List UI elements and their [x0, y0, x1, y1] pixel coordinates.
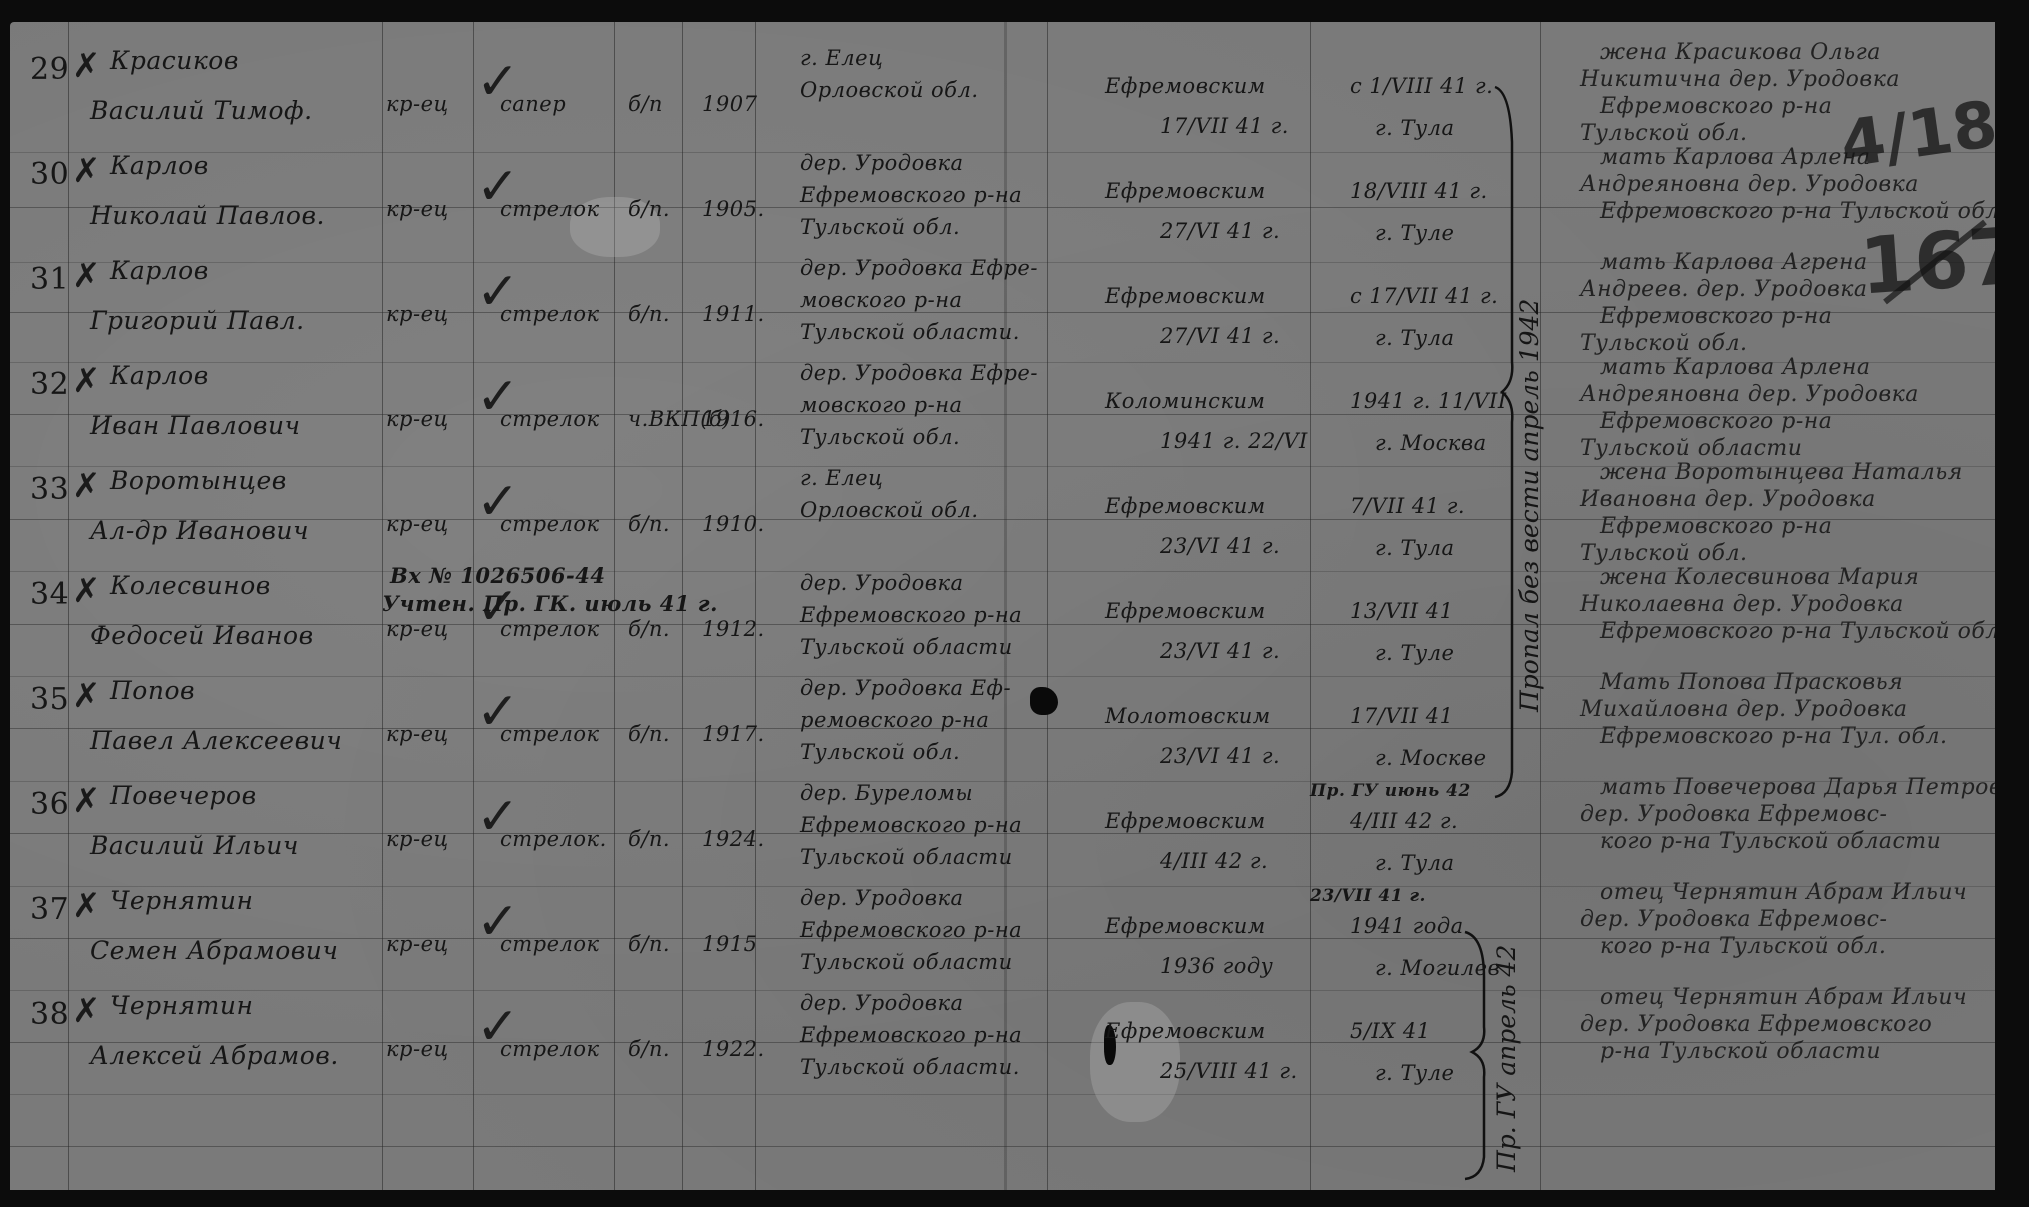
next-of-kin-line: Тульской обл.: [1580, 121, 1747, 146]
rank: кр-ец: [386, 722, 449, 746]
loss-place: г. Тула: [1375, 536, 1455, 560]
post: стрелок: [500, 197, 600, 221]
draft-date: 25/VIII 41 г.: [1160, 1059, 1298, 1083]
birth-year: 1912.: [702, 617, 765, 641]
post: стрелок: [500, 722, 600, 746]
party-status: б/п.: [628, 512, 670, 536]
draft-office: Ефремовским: [1105, 809, 1266, 833]
given-name: Павел Алексеевич: [90, 726, 342, 755]
cross-mark-icon: ✗: [72, 991, 101, 1031]
next-of-kin-line: Никитична дер. Уродовка: [1580, 67, 1900, 92]
next-of-kin-line: мать Карлова Арлена: [1600, 145, 1870, 170]
birth-year: 1910.: [702, 512, 765, 536]
surname: Чернятин: [110, 886, 253, 915]
rank: кр-ец: [386, 407, 449, 431]
loss-note: 23/VII 41 г.: [1310, 886, 1426, 906]
next-of-kin-line: мать Повечерова Дарья Петровна: [1600, 775, 1995, 800]
loss-date: 5/IX 41: [1350, 1019, 1431, 1043]
birth-year: 1905.: [702, 197, 765, 221]
next-of-kin-line: жена Колесвинова Мария: [1600, 565, 1919, 590]
margin-note-upper: Пропал без вести апрель 1942: [1515, 299, 1544, 712]
rank: кр-ец: [386, 827, 449, 851]
birthplace-line: г. Елец: [800, 46, 883, 70]
loss-place: г. Туле: [1375, 221, 1454, 245]
next-of-kin-line: Ефремовского р-на Тул. обл.: [1600, 724, 1947, 749]
birth-year: 1907: [702, 92, 757, 116]
birthplace-line: Ефремовского р-на: [800, 1023, 1022, 1047]
next-of-kin-line: дер. Уродовка Ефремовс-: [1580, 907, 1887, 932]
post: стрелок: [500, 512, 600, 536]
party-status: б/п.: [628, 302, 670, 326]
loss-place: г. Тула: [1375, 851, 1455, 875]
next-of-kin-line: кого р-на Тульской области: [1600, 829, 1941, 854]
row-number: 30: [30, 157, 69, 192]
surname: Повечеров: [110, 781, 257, 810]
party-status: б/п.: [628, 827, 670, 851]
given-name: Григорий Павл.: [90, 306, 305, 335]
birthplace-line: Ефремовского р-на: [800, 183, 1022, 207]
next-of-kin-line: отец Чернятин Абрам Ильич: [1600, 985, 1967, 1010]
birthplace-line: дер. Уродовка Еф-: [800, 676, 1011, 700]
next-of-kin-line: Ефремовского р-на: [1600, 409, 1832, 434]
next-of-kin-line: Тульской области: [1580, 436, 1802, 461]
next-of-kin-line: Николаевна дер. Уродовка: [1580, 592, 1904, 617]
birthplace-line: дер. Буреломы: [800, 781, 973, 805]
row-number: 37: [30, 892, 69, 927]
draft-office: Молотовским: [1105, 704, 1271, 728]
birthplace-line: дер. Уродовка Ефре-: [800, 361, 1038, 385]
surname: Карлов: [110, 361, 209, 390]
birthplace-line: Ефремовского р-на: [800, 813, 1022, 837]
party-status: б/п.: [628, 617, 670, 641]
party-status: б/п.: [628, 197, 670, 221]
post: стрелок.: [500, 827, 607, 851]
draft-date: 23/VI 41 г.: [1160, 639, 1280, 663]
row-number: 35: [30, 682, 69, 717]
draft-date: 1941 г. 22/VI: [1160, 429, 1308, 453]
party-status: б/п.: [628, 1037, 670, 1061]
draft-office: Ефремовским: [1105, 74, 1266, 98]
birthplace-line: дер. Уродовка: [800, 886, 964, 910]
birthplace-line: г. Елец: [800, 466, 883, 490]
post: стрелок: [500, 617, 600, 641]
draft-office: Ефремовским: [1105, 179, 1266, 203]
next-of-kin-line: Ивановна дер. Уродовка: [1580, 487, 1876, 512]
surname: Карлов: [110, 256, 209, 285]
draft-date: 23/VI 41 г.: [1160, 534, 1280, 558]
cross-mark-icon: ✗: [72, 361, 101, 401]
loss-date: 1941 г. 11/VII: [1350, 389, 1507, 413]
row-number: 32: [30, 367, 69, 402]
next-of-kin-line: кого р-на Тульской обл.: [1600, 934, 1886, 959]
birth-year: 1911.: [702, 302, 765, 326]
row-number: 38: [30, 997, 69, 1032]
loss-date: 13/VII 41: [1350, 599, 1453, 623]
rank: кр-ец: [386, 617, 449, 641]
loss-place: г. Туле: [1375, 641, 1454, 665]
post: сапер: [500, 92, 566, 116]
next-of-kin-line: мать Карлова Агрена: [1600, 250, 1868, 275]
rank: кр-ец: [386, 92, 449, 116]
birthplace-line: Ефремовского р-на: [800, 603, 1022, 627]
birth-year: 1917.: [702, 722, 765, 746]
margin-note-lower: Пр. ГУ апрель 42: [1492, 945, 1521, 1172]
post: стрелок: [500, 932, 600, 956]
birthplace-line: Тульской обл.: [800, 740, 960, 764]
birthplace-line: Тульской обл.: [800, 425, 960, 449]
draft-office: Ефремовским: [1105, 914, 1266, 938]
birthplace-line: ремовского р-на: [800, 708, 989, 732]
given-name: Ал-др Иванович: [90, 516, 309, 545]
birthplace-line: мовского р-на: [800, 393, 963, 417]
surname: Красиков: [110, 46, 239, 75]
birthplace-line: дер. Уродовка: [800, 571, 964, 595]
birth-year: 1924.: [702, 827, 765, 851]
draft-date: 1936 году: [1160, 954, 1273, 978]
grid-line: [10, 1094, 1995, 1095]
next-of-kin-line: Андреев. дер. Уродовка: [1580, 277, 1868, 302]
given-name: Василий Тимоф.: [90, 96, 313, 125]
rank: кр-ец: [386, 302, 449, 326]
next-of-kin-line: р-на Тульской области: [1600, 1039, 1881, 1064]
draft-office: Коломинским: [1105, 389, 1265, 413]
loss-date: 4/III 42 г.: [1350, 809, 1458, 833]
loss-date: с 17/VII 41 г.: [1350, 284, 1498, 308]
given-name: Николай Павлов.: [90, 201, 325, 230]
grid-line: [1047, 22, 1048, 1190]
given-name: Иван Павлович: [90, 411, 301, 440]
grid-line: [10, 1146, 1995, 1147]
draft-date: 27/VI 41 г.: [1160, 219, 1280, 243]
cross-mark-icon: ✗: [72, 151, 101, 191]
rank: кр-ец: [386, 932, 449, 956]
row-number: 29: [30, 52, 69, 87]
next-of-kin-line: Тульской обл.: [1580, 541, 1747, 566]
paper-hole: [1030, 687, 1058, 715]
next-of-kin-line: отец Чернятин Абрам Ильич: [1600, 880, 1967, 905]
birthplace-line: Тульской области.: [800, 1055, 1020, 1079]
loss-date: 1941 года: [1350, 914, 1464, 938]
next-of-kin-line: Ефремовского р-на Тульской обл.: [1600, 619, 1995, 644]
birth-year: 1922.: [702, 1037, 765, 1061]
draft-office: Ефремовским: [1105, 284, 1266, 308]
given-name: Василий Ильич: [90, 831, 299, 860]
next-of-kin-line: дер. Уродовка Ефремовского: [1580, 1012, 1932, 1037]
annotation-accounted: Учтен. Пр. ГК. июль 41 г.: [382, 591, 718, 616]
birthplace-line: Орловской обл.: [800, 498, 979, 522]
given-name: Федосей Иванов: [90, 621, 314, 650]
row-number: 31: [30, 262, 69, 297]
birthplace-line: Тульской области.: [800, 320, 1020, 344]
party-status: б/п: [628, 92, 663, 116]
surname: Карлов: [110, 151, 209, 180]
cross-mark-icon: ✗: [72, 571, 101, 611]
post: стрелок: [500, 1037, 600, 1061]
stamp-strike: [1880, 217, 1990, 307]
annotation-incoming: Вх № 1026506-44: [390, 563, 605, 588]
cross-mark-icon: ✗: [72, 46, 101, 86]
loss-place: г. Тула: [1375, 116, 1455, 140]
draft-date: 17/VII 41 г.: [1160, 114, 1289, 138]
cross-mark-icon: ✗: [72, 676, 101, 716]
surname: Колесвинов: [110, 571, 271, 600]
birthplace-line: мовского р-на: [800, 288, 963, 312]
cross-mark-icon: ✗: [72, 256, 101, 296]
post: стрелок: [500, 407, 600, 431]
draft-date: 23/VI 41 г.: [1160, 744, 1280, 768]
next-of-kin-line: Михайловна дер. Уродовка: [1580, 697, 1908, 722]
loss-date: 18/VIII 41 г.: [1350, 179, 1488, 203]
loss-note: Пр. ГУ июнь 42: [1310, 781, 1471, 801]
grid-line: [1310, 22, 1311, 1190]
birth-year: 1915: [702, 932, 757, 956]
surname: Воротынцев: [110, 466, 287, 495]
birthplace-line: Тульской области: [800, 845, 1013, 869]
draft-office: Ефремовским: [1105, 599, 1266, 623]
cross-mark-icon: ✗: [72, 886, 101, 926]
rank: кр-ец: [386, 512, 449, 536]
loss-date: 7/VII 41 г.: [1350, 494, 1465, 518]
surname: Чернятин: [110, 991, 253, 1020]
birthplace-line: Орловской обл.: [800, 78, 979, 102]
loss-place: г. Тула: [1375, 326, 1455, 350]
next-of-kin-line: Тульской обл.: [1580, 331, 1747, 356]
next-of-kin-line: жена Красикова Ольга: [1600, 40, 1881, 65]
next-of-kin-line: мать Карлова Арлена: [1600, 355, 1870, 380]
birth-year: 1916.: [702, 407, 765, 431]
birthplace-line: дер. Уродовка Ефре-: [800, 256, 1038, 280]
loss-date: 17/VII 41: [1350, 704, 1453, 728]
loss-date: с 1/VIII 41 г.: [1350, 74, 1493, 98]
loss-place: г. Туле: [1375, 1061, 1454, 1085]
rank: кр-ец: [386, 197, 449, 221]
row-number: 33: [30, 472, 69, 507]
birthplace-line: Тульской обл.: [800, 215, 960, 239]
given-name: Семен Абрамович: [90, 936, 338, 965]
next-of-kin-line: Ефремовского р-на: [1600, 304, 1832, 329]
birthplace-line: дер. Уродовка: [800, 991, 964, 1015]
draft-office: Ефремовским: [1105, 1019, 1266, 1043]
next-of-kin-line: дер. Уродовка Ефремовс-: [1580, 802, 1887, 827]
row-number: 34: [30, 577, 69, 612]
draft-office: Ефремовским: [1105, 494, 1266, 518]
party-status: б/п.: [628, 722, 670, 746]
loss-place: г. Москве: [1375, 746, 1487, 770]
birthplace-line: Тульской области: [800, 635, 1013, 659]
document-page: 29✗КрасиковВасилий Тимоф.кр-ец✓саперб/п1…: [10, 22, 1995, 1190]
row-number: 36: [30, 787, 69, 822]
birthplace-line: дер. Уродовка: [800, 151, 964, 175]
next-of-kin-line: жена Воротынцева Наталья: [1600, 460, 1963, 485]
next-of-kin-line: Ефремовского р-на: [1600, 94, 1832, 119]
loss-place: г. Москва: [1375, 431, 1487, 455]
next-of-kin-line: Ефремовского р-на: [1600, 514, 1832, 539]
cross-mark-icon: ✗: [72, 781, 101, 821]
party-status: б/п.: [628, 932, 670, 956]
post: стрелок: [500, 302, 600, 326]
surname: Попов: [110, 676, 195, 705]
next-of-kin-line: Андреяновна дер. Уродовка: [1580, 382, 1919, 407]
draft-date: 4/III 42 г.: [1160, 849, 1268, 873]
birthplace-line: Тульской области: [800, 950, 1013, 974]
rank: кр-ец: [386, 1037, 449, 1061]
next-of-kin-line: Мать Попова Прасковья: [1600, 670, 1903, 695]
given-name: Алексей Абрамов.: [90, 1041, 339, 1070]
cross-mark-icon: ✗: [72, 466, 101, 506]
birthplace-line: Ефремовского р-на: [800, 918, 1022, 942]
draft-date: 27/VI 41 г.: [1160, 324, 1280, 348]
